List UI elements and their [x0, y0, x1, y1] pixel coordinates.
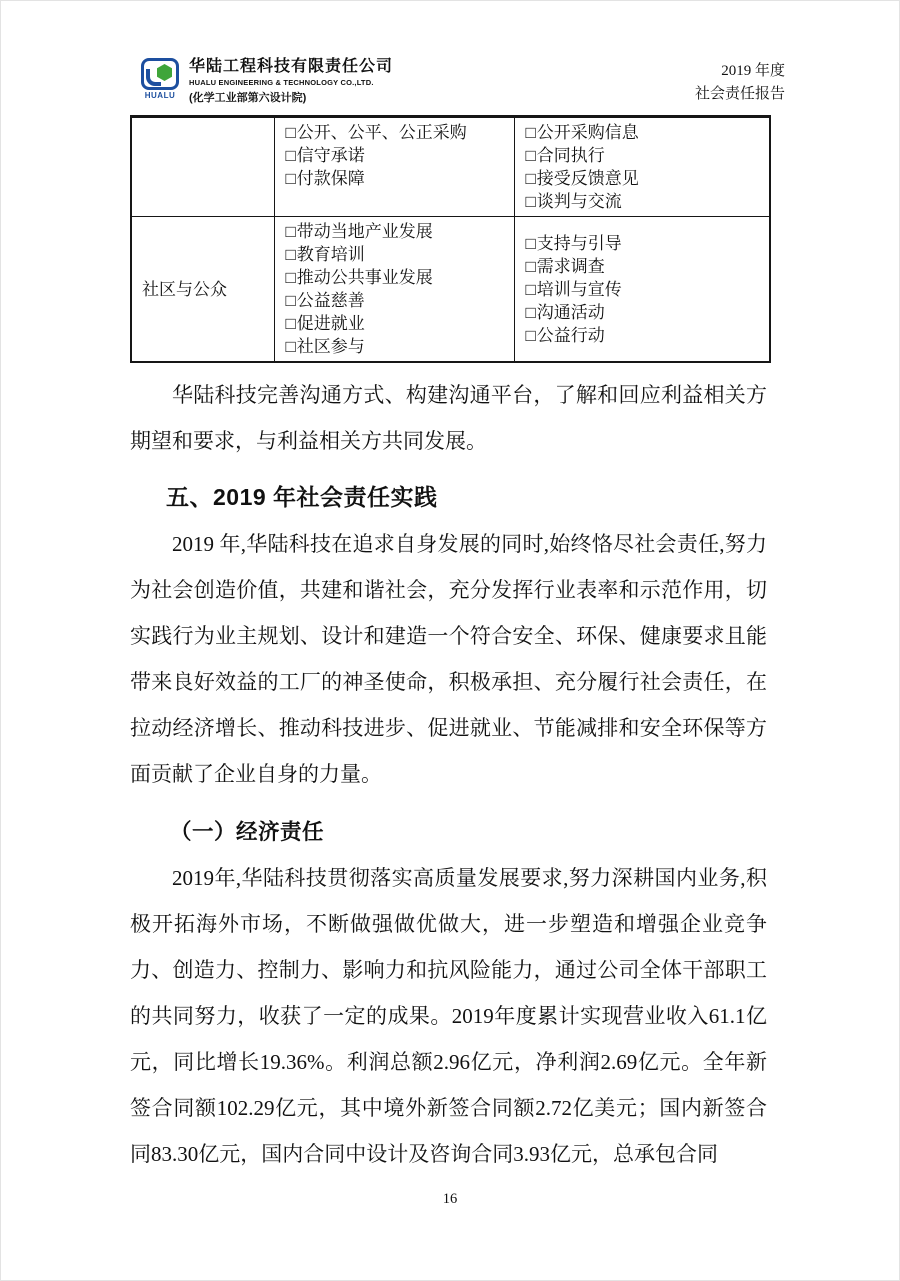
checkbox-icon: □: [526, 326, 536, 345]
page-footer: 16: [1, 1191, 899, 1208]
checklist-item-label: 信守承诺: [297, 146, 365, 165]
checklist-item: □社区参与: [286, 335, 510, 358]
checklist-item-label: 需求调查: [537, 257, 605, 276]
table-row: □公开、公平、公正采购□信守承诺□付款保障 □公开采购信息□合同执行□接受反馈意…: [131, 117, 770, 217]
checklist-item: □合同执行: [526, 144, 766, 167]
checklist-item-label: 带动当地产业发展: [297, 222, 433, 241]
checklist-item: □教育培训: [286, 243, 510, 266]
checklist-item-label: 公益行动: [537, 326, 605, 345]
report-title: 社会责任报告: [695, 83, 785, 106]
checklist-item: □支持与引导: [526, 232, 766, 255]
checklist-item-label: 接受反馈意见: [537, 169, 639, 188]
checklist-item: □付款保障: [286, 167, 510, 190]
checklist-item-label: 付款保障: [297, 169, 365, 188]
expectations-cell: □公开、公平、公正采购□信守承诺□付款保障: [274, 117, 514, 217]
checkbox-icon: □: [286, 337, 296, 356]
checklist-item: □接受反馈意见: [526, 167, 766, 190]
company-name-en: HUALU ENGINEERING & TECHNOLOGY CO.,LTD.: [189, 78, 393, 87]
checklist-item: □公益行动: [526, 324, 766, 347]
stakeholder-cell: [131, 117, 274, 217]
checklist-item: □带动当地产业发展: [286, 220, 510, 243]
logo-wordmark: HUALU: [145, 91, 176, 100]
checkbox-icon: □: [286, 314, 296, 333]
checklist: □带动当地产业发展□教育培训□推动公共事业发展□公益慈善□促进就业□社区参与: [286, 220, 510, 358]
checkbox-icon: □: [526, 280, 536, 299]
checklist-item-label: 公开、公平、公正采购: [297, 123, 467, 142]
company-logo: HUALU: [139, 58, 181, 105]
checklist-item-label: 社区参与: [297, 337, 365, 356]
checkbox-icon: □: [286, 222, 296, 241]
checklist-item-label: 沟通活动: [537, 303, 605, 322]
checkbox-icon: □: [526, 146, 536, 165]
checklist-item-label: 促进就业: [297, 314, 365, 333]
company-name-block: 华陆工程科技有限责任公司 HUALU ENGINEERING & TECHNOL…: [189, 58, 393, 105]
checklist-item-label: 谈判与交流: [537, 192, 622, 211]
checklist-item: □公益慈善: [286, 289, 510, 312]
checkbox-icon: □: [526, 303, 536, 322]
company-identity: HUALU 华陆工程科技有限责任公司 HUALU ENGINEERING & T…: [139, 58, 393, 105]
checklist-item: □谈判与交流: [526, 190, 766, 213]
checklist-item-label: 推动公共事业发展: [297, 268, 433, 287]
checkbox-icon: □: [526, 169, 536, 188]
checklist-item-label: 教育培训: [297, 245, 365, 264]
checkbox-icon: □: [286, 123, 296, 142]
checklist-item: □沟通活动: [526, 301, 766, 324]
checklist-item-label: 合同执行: [537, 146, 605, 165]
checkbox-icon: □: [526, 257, 536, 276]
responses-cell: □支持与引导□需求调查□培训与宣传□沟通活动□公益行动: [514, 217, 770, 363]
section-paragraph: 2019 年,华陆科技在追求自身发展的同时,始终恪尽社会责任,努力为社会创造价值…: [130, 521, 767, 797]
report-title-block: 2019 年度 社会责任报告: [695, 58, 785, 107]
checklist-item-label: 培训与宣传: [537, 280, 622, 299]
intro-paragraph: 华陆科技完善沟通方式、构建沟通平台，了解和回应利益相关方期望和要求，与利益相关方…: [130, 372, 767, 464]
checklist-item-label: 支持与引导: [537, 234, 622, 253]
checklist: □支持与引导□需求调查□培训与宣传□沟通活动□公益行动: [526, 232, 766, 347]
table-row: 社区与公众 □带动当地产业发展□教育培训□推动公共事业发展□公益慈善□促进就业□…: [131, 217, 770, 363]
page-number: 16: [443, 1191, 458, 1207]
stakeholder-cell: 社区与公众: [131, 217, 274, 363]
checklist: □公开采购信息□合同执行□接受反馈意见□谈判与交流: [526, 121, 766, 213]
subsection-paragraph: 2019年,华陆科技贯彻落实高质量发展要求,努力深耕国内业务,积极开拓海外市场，…: [130, 855, 767, 1177]
checklist-item: □促进就业: [286, 312, 510, 335]
expectations-cell: □带动当地产业发展□教育培训□推动公共事业发展□公益慈善□促进就业□社区参与: [274, 217, 514, 363]
hualu-logo-icon: [141, 58, 179, 90]
checkbox-icon: □: [526, 123, 536, 142]
checkbox-icon: □: [286, 169, 296, 188]
document-header: HUALU 华陆工程科技有限责任公司 HUALU ENGINEERING & T…: [139, 58, 767, 106]
checkbox-icon: □: [286, 146, 296, 165]
stakeholder-table: □公开、公平、公正采购□信守承诺□付款保障 □公开采购信息□合同执行□接受反馈意…: [130, 115, 771, 363]
company-name-cn: 华陆工程科技有限责任公司: [189, 58, 393, 76]
checklist-item-label: 公开采购信息: [537, 123, 639, 142]
checklist-item: □培训与宣传: [526, 278, 766, 301]
checklist-item: □信守承诺: [286, 144, 510, 167]
report-year: 2019 年度: [695, 60, 785, 83]
checklist-item-label: 公益慈善: [297, 291, 365, 310]
checkbox-icon: □: [286, 245, 296, 264]
subsection-heading: （一）经济责任: [130, 815, 767, 846]
checklist-item: □公开、公平、公正采购: [286, 121, 510, 144]
checklist-item: □需求调查: [526, 255, 766, 278]
checkbox-icon: □: [286, 291, 296, 310]
checklist: □公开、公平、公正采购□信守承诺□付款保障: [286, 121, 510, 190]
company-subtitle: (化学工业部第六设计院): [189, 89, 393, 105]
checkbox-icon: □: [286, 268, 296, 287]
checklist-item: □公开采购信息: [526, 121, 766, 144]
section-heading: 五、2019 年社会责任实践: [130, 479, 767, 512]
checkbox-icon: □: [526, 234, 536, 253]
responses-cell: □公开采购信息□合同执行□接受反馈意见□谈判与交流: [514, 117, 770, 217]
checklist-item: □推动公共事业发展: [286, 266, 510, 289]
checkbox-icon: □: [526, 192, 536, 211]
document-page: HUALU 华陆工程科技有限责任公司 HUALU ENGINEERING & T…: [0, 0, 900, 1281]
